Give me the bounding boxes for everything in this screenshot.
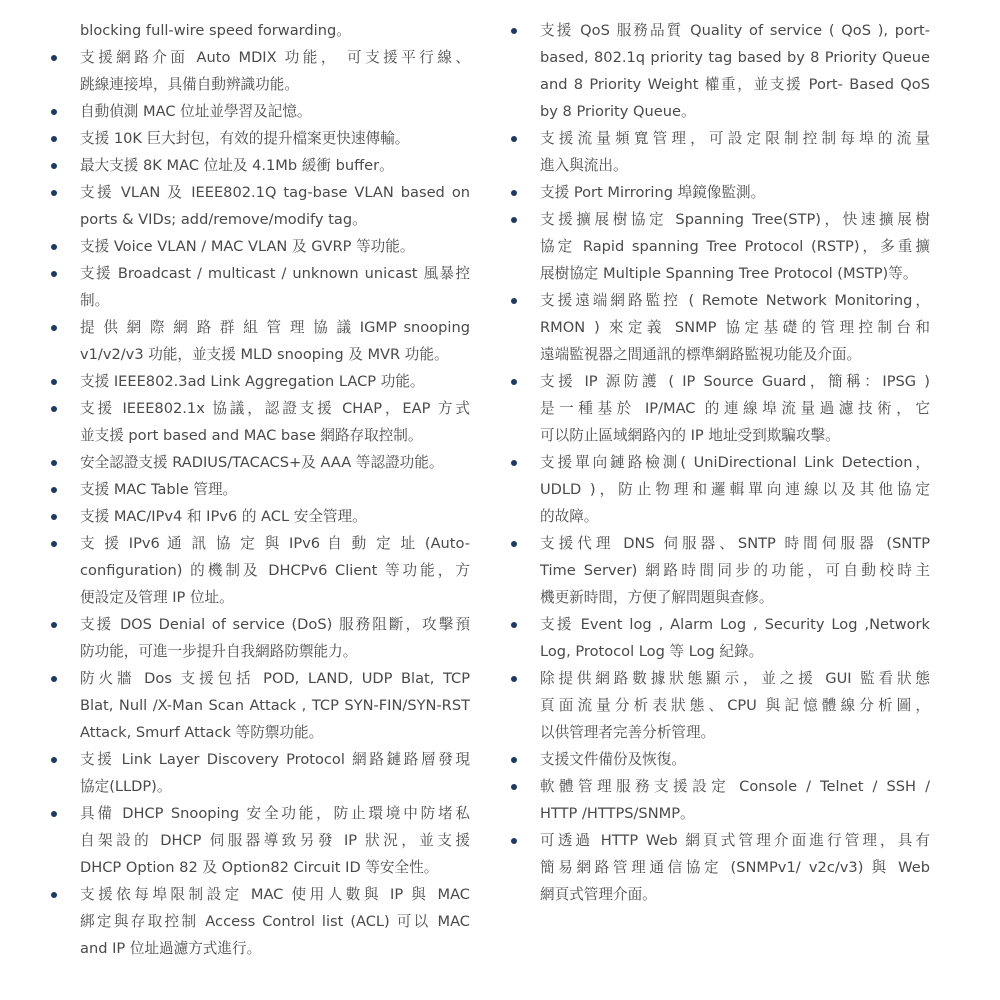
list-item-line: 軟體管理服務支援設定 Console / Telnet / SSH / xyxy=(540,773,930,800)
list-item-line: 支援單向鏈路檢測( UniDirectional Link Detection， xyxy=(540,449,930,476)
list-item-line: v1/v2/v3 功能，並支援 MLD snooping 及 MVR 功能。 xyxy=(80,341,470,368)
list-item-line: 具備 DHCP Snooping 安全功能，防止環境中防堵私 xyxy=(80,800,470,827)
list-item: 支援 IP 源防護 ( IP Source Guard，簡稱：IPSG )是一種… xyxy=(500,368,930,449)
list-item: 除提供網路數據狀態顯示，並之援 GUI 監看狀態頁面流量分析表狀態、CPU 與記… xyxy=(500,665,930,746)
list-item: 支援 VLAN 及 IEEE802.1Q tag-base VLAN based… xyxy=(0,179,470,233)
list-item-line: RMON ) 來定義 SNMP 協定基礎的管理控制台和 xyxy=(540,314,930,341)
list-item-line: 機更新時間，方便了解問題與查修。 xyxy=(540,584,930,611)
bullet-icon xyxy=(511,217,517,223)
list-item-line: 跳線連接埠，具備自動辨識功能。 xyxy=(80,71,470,98)
list-item-line: 支援遠端網路監控 ( Remote Network Monitoring， xyxy=(540,287,930,314)
bullet-icon xyxy=(51,271,57,277)
list-item-line: 支援 MAC Table 管理。 xyxy=(80,476,470,503)
bullet-icon xyxy=(511,298,517,304)
bullet-icon xyxy=(51,163,57,169)
list-item-line: by 8 Priority Queue。 xyxy=(540,98,930,125)
list-item: 支援 Broadcast / multicast / unknown unica… xyxy=(0,260,470,314)
list-item: 具備 DHCP Snooping 安全功能，防止環境中防堵私自架設的 DHCP … xyxy=(0,800,470,881)
list-item-line: 並支援 port based and MAC base 網路存取控制。 xyxy=(80,422,470,449)
bullet-icon xyxy=(51,676,57,682)
list-item: 安全認證支援 RADIUS/TACACS+及 AAA 等認證功能。 xyxy=(0,449,470,476)
bullet-icon xyxy=(511,136,517,142)
list-item: 提 供 網 際 網 路 群 組 管 理 協 議 IGMP snoopingv1/… xyxy=(0,314,470,368)
list-item-line: 便設定及管理 IP 位址。 xyxy=(80,584,470,611)
list-item-line: 支援 Link Layer Discovery Protocol 網路鏈路層發現 xyxy=(80,746,470,773)
feature-list-left: 支援網路介面 Auto MDIX 功能， 可支援平行線、跳線連接埠，具備自動辨識… xyxy=(0,44,500,962)
list-item: 支援 QoS 服務品質 Quality of service ( QoS ), … xyxy=(500,17,930,125)
list-item-line: configuration) 的機制及 DHCPv6 Client 等功能，方 xyxy=(80,557,470,584)
bullet-icon xyxy=(511,541,517,547)
list-item-line: Log, Protocol Log 等 Log 紀錄。 xyxy=(540,638,930,665)
list-item-line: 支援 QoS 服務品質 Quality of service ( QoS ), … xyxy=(540,17,930,44)
list-item: 支援 MAC/IPv4 和 IPv6 的 ACL 安全管理。 xyxy=(0,503,470,530)
list-item-line: 最大支援 8K MAC 位址及 4.1Mb 緩衝 buffer。 xyxy=(80,152,470,179)
bullet-icon xyxy=(51,892,57,898)
continuation-text: blocking full-wire speed forwarding。 xyxy=(80,17,470,44)
list-item: 支援 10K 巨大封包，有效的提升檔案更快速傳輸。 xyxy=(0,125,470,152)
list-item-line: 支援 MAC/IPv4 和 IPv6 的 ACL 安全管理。 xyxy=(80,503,470,530)
bullet-icon xyxy=(511,676,517,682)
list-item-line: 支援依每埠限制設定 MAC 使用人數與 IP 與 MAC xyxy=(80,881,470,908)
list-item-line: 支援 VLAN 及 IEEE802.1Q tag-base VLAN based… xyxy=(80,179,470,206)
list-item-line: 綁定與存取控制 Access Control list (ACL) 可以 MAC xyxy=(80,908,470,935)
list-item-line: 支援文件備份及恢復。 xyxy=(540,746,930,773)
bullet-icon xyxy=(51,541,57,547)
list-item: 支援網路介面 Auto MDIX 功能， 可支援平行線、跳線連接埠，具備自動辨識… xyxy=(0,44,470,98)
list-item: 可透過 HTTP Web 網頁式管理介面進行管理，具有簡易網路管理通信協定 (S… xyxy=(500,827,930,908)
list-item-line: 自動偵測 MAC 位址並學習及記憶。 xyxy=(80,98,470,125)
list-item-line: 支援流量頻寬管理，可設定限制控制每埠的流量 xyxy=(540,125,930,152)
list-item-line: 可以防止區域網路內的 IP 地址受到欺騙攻擊。 xyxy=(540,422,930,449)
list-item-line: 支援網路介面 Auto MDIX 功能， 可支援平行線、 xyxy=(80,44,470,71)
list-item-line: 支援 IEEE802.1x 協議，認證支援 CHAP，EAP 方式 xyxy=(80,395,470,422)
bullet-icon xyxy=(51,55,57,61)
list-item-line: 支援 DOS Denial of service (DoS) 服務阻斷，攻擊預 xyxy=(80,611,470,638)
list-item-line: Blat, Null /X-Man Scan Attack , TCP SYN-… xyxy=(80,692,470,719)
bullet-icon xyxy=(51,325,57,331)
list-item-line: 支援 Voice VLAN / MAC VLAN 及 GVRP 等功能。 xyxy=(80,233,470,260)
list-item: 支援單向鏈路檢測( UniDirectional Link Detection，… xyxy=(500,449,930,530)
bullet-icon xyxy=(511,838,517,844)
bullet-icon xyxy=(51,757,57,763)
bullet-icon xyxy=(51,136,57,142)
list-item-line: 是一種基於 IP/MAC 的連線埠流量過濾技術，它 xyxy=(540,395,930,422)
bullet-icon xyxy=(51,379,57,385)
bullet-icon xyxy=(511,28,517,34)
list-item: 支援 Link Layer Discovery Protocol 網路鏈路層發現… xyxy=(0,746,470,800)
list-item-line: Time Server) 網路時間同步的功能，可自動校時主 xyxy=(540,557,930,584)
list-item-line: 協定(LLDP)。 xyxy=(80,773,470,800)
bullet-icon xyxy=(511,784,517,790)
list-item: 支援遠端網路監控 ( Remote Network Monitoring，RMO… xyxy=(500,287,930,368)
list-item-line: ports & VIDs; add/remove/modify tag。 xyxy=(80,206,470,233)
list-item-line: 遠端監視器之間通訊的標準網路監視功能及介面。 xyxy=(540,341,930,368)
list-item-line: 防火牆 Dos 支援包括 POD, LAND, UDP Blat, TCP xyxy=(80,665,470,692)
list-item-line: 自架設的 DHCP 伺服器導致另發 IP 狀況，並支援 xyxy=(80,827,470,854)
list-item-line: 的故障。 xyxy=(540,503,930,530)
list-item-line: 網頁式管理介面。 xyxy=(540,881,930,908)
bullet-icon xyxy=(511,757,517,763)
list-item: 支援依每埠限制設定 MAC 使用人數與 IP 與 MAC綁定與存取控制 Acce… xyxy=(0,881,470,962)
bullet-icon xyxy=(51,406,57,412)
bullet-icon xyxy=(51,244,57,250)
list-item: 支援 IEEE802.1x 協議，認證支援 CHAP，EAP 方式並支援 por… xyxy=(0,395,470,449)
list-item: 支援代理 DNS 伺服器、SNTP 時間伺服器 (SNTPTime Server… xyxy=(500,530,930,611)
list-item: 支 援 IPv6 通 訊 協 定 與 IPv6 自 動 定 址 (Auto-co… xyxy=(0,530,470,611)
bullet-icon xyxy=(51,811,57,817)
list-item: 軟體管理服務支援設定 Console / Telnet / SSH /HTTP … xyxy=(500,773,930,827)
list-item-line: 簡易網路管理通信協定 (SNMPv1/ v2c/v3) 與 Web xyxy=(540,854,930,881)
list-item-line: 支援 IP 源防護 ( IP Source Guard，簡稱：IPSG ) xyxy=(540,368,930,395)
bullet-icon xyxy=(511,460,517,466)
list-item-line: and 8 Priority Weight 權重，並支援 Port- Based… xyxy=(540,71,930,98)
right-column: 支援 QoS 服務品質 Quality of service ( QoS ), … xyxy=(500,17,990,908)
list-item: 支援 Voice VLAN / MAC VLAN 及 GVRP 等功能。 xyxy=(0,233,470,260)
left-column: blocking full-wire speed forwarding。 支援網… xyxy=(0,17,500,962)
list-item-line: HTTP /HTTPS/SNMP。 xyxy=(540,800,930,827)
list-item-line: 提 供 網 際 網 路 群 組 管 理 協 議 IGMP snooping xyxy=(80,314,470,341)
list-item-line: 支援 Broadcast / multicast / unknown unica… xyxy=(80,260,470,287)
bullet-icon xyxy=(51,190,57,196)
list-item-line: 頁面流量分析表狀態、CPU 與記憶體線分析圖， xyxy=(540,692,930,719)
list-item-line: 支援 IEEE802.3ad Link Aggregation LACP 功能。 xyxy=(80,368,470,395)
list-item: 支援流量頻寬管理，可設定限制控制每埠的流量進入與流出。 xyxy=(500,125,930,179)
bullet-icon xyxy=(51,622,57,628)
list-item-line: 支援 10K 巨大封包，有效的提升檔案更快速傳輸。 xyxy=(80,125,470,152)
bullet-icon xyxy=(511,379,517,385)
bullet-icon xyxy=(51,109,57,115)
list-item-line: 支援代理 DNS 伺服器、SNTP 時間伺服器 (SNTP xyxy=(540,530,930,557)
list-item-line: 展樹協定 Multiple Spanning Tree Protocol (MS… xyxy=(540,260,930,287)
list-item-line: 支援擴展樹協定 Spanning Tree(STP)，快速擴展樹 xyxy=(540,206,930,233)
list-item-line: 除提供網路數據狀態顯示，並之援 GUI 監看狀態 xyxy=(540,665,930,692)
list-item: 自動偵測 MAC 位址並學習及記憶。 xyxy=(0,98,470,125)
list-item-line: 制。 xyxy=(80,287,470,314)
list-item: 支援 DOS Denial of service (DoS) 服務阻斷，攻擊預防… xyxy=(0,611,470,665)
list-item-line: 可透過 HTTP Web 網頁式管理介面進行管理，具有 xyxy=(540,827,930,854)
list-item-line: Attack, Smurf Attack 等防禦功能。 xyxy=(80,719,470,746)
list-item-line: 協定 Rapid spanning Tree Protocol (RSTP)，多… xyxy=(540,233,930,260)
list-item: 最大支援 8K MAC 位址及 4.1Mb 緩衝 buffer。 xyxy=(0,152,470,179)
bullet-icon xyxy=(51,460,57,466)
list-item: 防火牆 Dos 支援包括 POD, LAND, UDP Blat, TCPBla… xyxy=(0,665,470,746)
list-item: 支援 IEEE802.3ad Link Aggregation LACP 功能。 xyxy=(0,368,470,395)
list-item: 支援 Port Mirroring 埠鏡像監測。 xyxy=(500,179,930,206)
list-item-line: 防功能，可進一步提升自我網路防禦能力。 xyxy=(80,638,470,665)
feature-list-right: 支援 QoS 服務品質 Quality of service ( QoS ), … xyxy=(500,17,990,908)
list-item: 支援 Event log , Alarm Log , Security Log … xyxy=(500,611,930,665)
list-item-line: 支援 Event log , Alarm Log , Security Log … xyxy=(540,611,930,638)
list-item-line: 支援 Port Mirroring 埠鏡像監測。 xyxy=(540,179,930,206)
list-item-line: based, 802.1q priority tag based by 8 Pr… xyxy=(540,44,930,71)
list-item-line: 進入與流出。 xyxy=(540,152,930,179)
bullet-icon xyxy=(51,487,57,493)
list-item-line: DHCP Option 82 及 Option82 Circuit ID 等安全… xyxy=(80,854,470,881)
list-item: 支援 MAC Table 管理。 xyxy=(0,476,470,503)
list-item-line: UDLD )，防止物理和邏輯單向連線以及其他協定 xyxy=(540,476,930,503)
list-item: 支援擴展樹協定 Spanning Tree(STP)，快速擴展樹協定 Rapid… xyxy=(500,206,930,287)
list-item-line: 安全認證支援 RADIUS/TACACS+及 AAA 等認證功能。 xyxy=(80,449,470,476)
list-item-line: 支 援 IPv6 通 訊 協 定 與 IPv6 自 動 定 址 (Auto- xyxy=(80,530,470,557)
bullet-icon xyxy=(511,190,517,196)
list-item-line: and IP 位址過濾方式進行。 xyxy=(80,935,470,962)
bullet-icon xyxy=(511,622,517,628)
list-item-line: 以供管理者完善分析管理。 xyxy=(540,719,930,746)
bullet-icon xyxy=(51,514,57,520)
list-item: 支援文件備份及恢復。 xyxy=(500,746,930,773)
